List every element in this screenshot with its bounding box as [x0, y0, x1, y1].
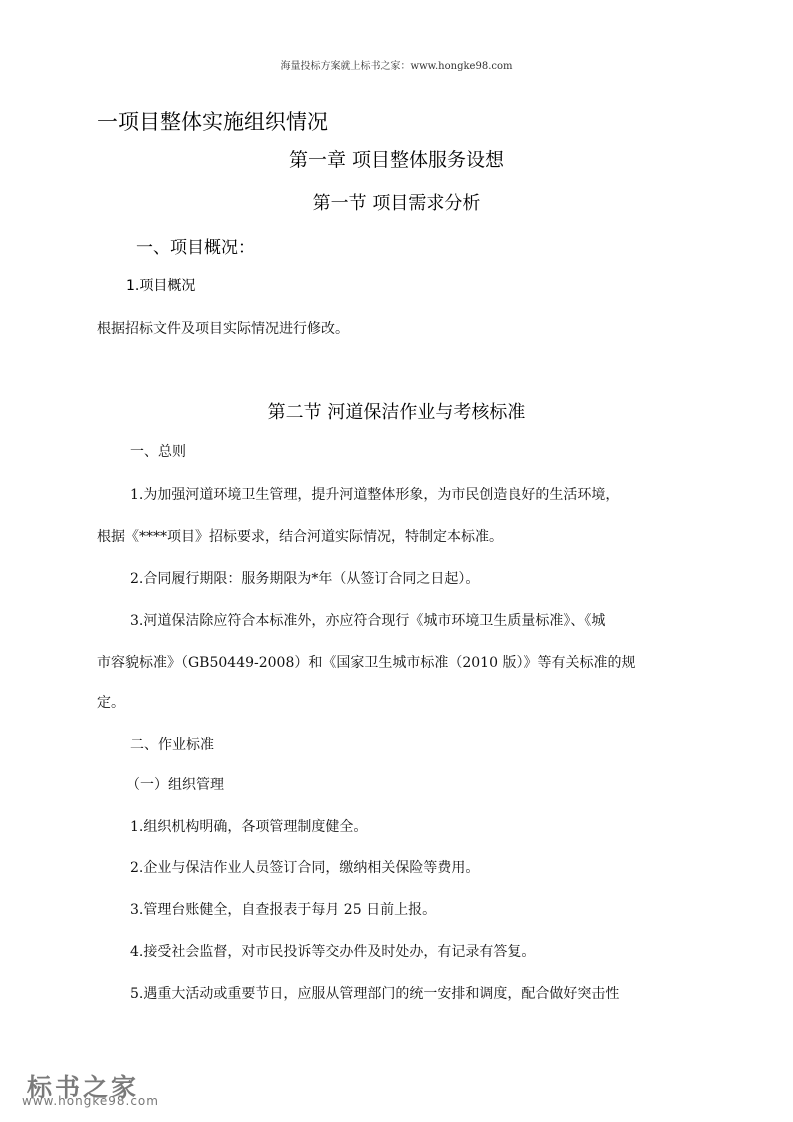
section-heading-1: 第一节 项目需求分析 — [0, 189, 793, 215]
organization-item-4: 4.接受社会监督，对市民投诉等交办件及时处办，有记录有答复。 — [130, 941, 535, 961]
general-item-1-line-1: 1.为加强河道环境卫生管理，提升河道整体形象，为市民创造良好的生活环境， — [130, 484, 619, 504]
intro-paragraph: 根据招标文件及项目实际情况进行修改。 — [97, 318, 349, 338]
general-item-2: 2.合同履行期限：服务期限为*年（从签订合同之日起）。 — [130, 568, 479, 588]
header-note: 海量投标方案就上标书之家：www.hongke98.com — [0, 57, 793, 72]
chapter-heading: 第一章 项目整体服务设想 — [0, 145, 793, 172]
item-heading: 1.项目概况 — [126, 275, 195, 295]
general-item-3-line-3: 定。 — [97, 692, 125, 712]
operations-title: 二、作业标准 — [130, 734, 214, 754]
organization-item-1: 1.组织机构明确，各项管理制度健全。 — [130, 816, 367, 836]
organization-item-5: 5.遇重大活动或重要节日，应服从管理部门的统一安排和调度，配合做好突击性 — [130, 983, 619, 1003]
general-title: 一、总则 — [130, 441, 186, 461]
general-item-3-line-2: 市容貌标准》（GB50449-2008）和《国家卫生城市标准（2010 版）》等… — [97, 652, 635, 672]
organization-title: （一）组织管理 — [126, 774, 224, 794]
section-heading-2: 第二节 河道保洁作业与考核标准 — [0, 398, 793, 424]
general-item-3-line-1: 3.河道保洁除应符合本标准外，亦应符合现行《城市环境卫生质量标准》、《城 — [130, 610, 605, 630]
organization-item-2: 2.企业与保洁作业人员签订合同，缴纳相关保险等费用。 — [130, 857, 479, 877]
subsection-heading: 一、项目概况： — [136, 233, 255, 258]
organization-item-3: 3.管理台账健全，自查报表于每月 25 日前上报。 — [130, 899, 436, 919]
document-title: 一项目整体实施组织情况 — [97, 106, 328, 136]
watermark-url: www.hongke98.com — [22, 1094, 159, 1108]
general-item-1-line-2: 根据《****项目》招标要求，结合河道实际情况，特制定本标准。 — [97, 526, 503, 546]
